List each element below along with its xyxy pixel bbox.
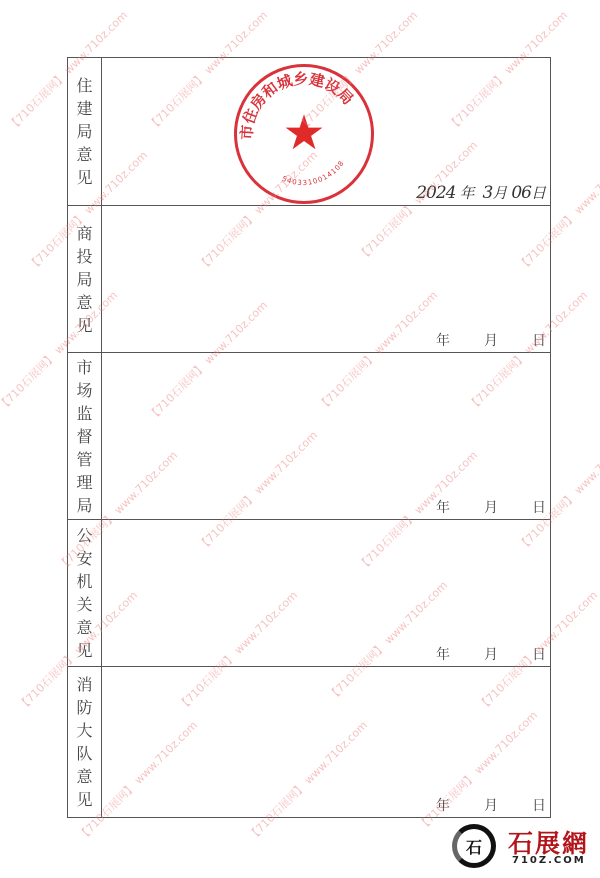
date-blank: 年 月 日 [436, 330, 546, 350]
label-char: 见 [76, 639, 92, 662]
year-label: 年 [436, 497, 450, 517]
opinion-cell: 年 月 日 [102, 520, 551, 667]
row-label: 市场监督管理局 [68, 353, 102, 520]
label-char: 意 [76, 765, 92, 788]
day-label: 日 [532, 497, 546, 517]
form-row-commerce-bureau: 商投局意见 年 月 日 [68, 206, 551, 353]
row-label: 消防大队意见 [68, 667, 102, 818]
date-month: 3 [483, 183, 493, 203]
label-char: 见 [76, 314, 92, 337]
form-row-market-supervision: 市场监督管理局 年 月 日 [68, 353, 551, 520]
opinion-cell: 市住房和城乡建设局 5403310014108 ★ 2024 年 3 月 06 … [102, 58, 551, 206]
label-char: 公 [76, 524, 92, 547]
day-label: 日 [532, 330, 546, 350]
label-char: 建 [76, 97, 92, 120]
site-logo[interactable]: 石 石展網 710Z.COM [452, 822, 592, 872]
day-suffix: 日 [531, 182, 546, 203]
label-text: 公安机关意见 [76, 524, 92, 662]
label-char: 住 [76, 74, 92, 97]
row-label: 公安机关意见 [68, 520, 102, 667]
label-char: 大 [76, 719, 92, 742]
month-label: 月 [484, 330, 498, 350]
day-label: 日 [532, 644, 546, 664]
date-day: 06 [511, 183, 531, 203]
label-char: 防 [76, 696, 92, 719]
month-label: 月 [484, 795, 498, 815]
form-row-fire-brigade: 消防大队意见 年 月 日 [68, 667, 551, 818]
month-label: 月 [484, 644, 498, 664]
star-icon: ★ [282, 109, 325, 157]
label-char: 管 [76, 448, 92, 471]
label-char: 安 [76, 547, 92, 570]
label-char: 局 [76, 494, 92, 517]
label-char: 理 [76, 471, 92, 494]
month-suffix: 月 [492, 182, 507, 203]
label-char: 机 [76, 570, 92, 593]
signed-date: 2024 年 3 月 06 日 [416, 182, 546, 203]
label-char: 关 [76, 593, 92, 616]
label-char: 意 [76, 291, 92, 314]
date-blank: 年 月 日 [436, 644, 546, 664]
label-char: 局 [76, 268, 92, 291]
approval-form-table: 住建局意见 市住房和城乡建设局 5403310014108 ★ [67, 57, 551, 818]
logo-url: 710Z.COM [512, 855, 586, 866]
label-text: 住建局意见 [76, 74, 92, 189]
svg-text:5403310014108: 5403310014108 [281, 159, 346, 187]
label-char: 消 [76, 673, 92, 696]
form-row-public-security: 公安机关意见 年 月 日 [68, 520, 551, 667]
label-text: 消防大队意见 [76, 673, 92, 811]
label-char: 见 [76, 788, 92, 811]
date-year: 2024 [416, 183, 455, 203]
opinion-cell: 年 月 日 [102, 206, 551, 353]
form-row-housing-bureau: 住建局意见 市住房和城乡建设局 5403310014108 ★ [68, 58, 551, 206]
label-text: 市场监督管理局 [76, 356, 92, 517]
label-char: 场 [76, 379, 92, 402]
label-char: 见 [76, 166, 92, 189]
label-char: 商 [76, 222, 92, 245]
official-seal: 市住房和城乡建设局 5403310014108 ★ [234, 64, 374, 204]
stone-seal-icon: 石 [452, 824, 496, 868]
label-char: 监 [76, 402, 92, 425]
year-label: 年 [436, 644, 450, 664]
seal-number: 5403310014108 [281, 159, 346, 187]
label-char: 意 [76, 143, 92, 166]
opinion-cell: 年 月 日 [102, 667, 551, 818]
year-label: 年 [436, 330, 450, 350]
date-blank: 年 月 日 [436, 497, 546, 517]
opinion-cell: 年 月 日 [102, 353, 551, 520]
day-label: 日 [532, 795, 546, 815]
row-label: 住建局意见 [68, 58, 102, 206]
label-char: 意 [76, 616, 92, 639]
year-label: 年 [436, 795, 450, 815]
label-char: 队 [76, 742, 92, 765]
label-char: 市 [76, 356, 92, 379]
label-char: 督 [76, 425, 92, 448]
month-label: 月 [484, 497, 498, 517]
label-text: 商投局意见 [76, 222, 92, 337]
date-blank: 年 月 日 [436, 795, 546, 815]
year-suffix: 年 [459, 182, 474, 203]
label-char: 投 [76, 245, 92, 268]
row-label: 商投局意见 [68, 206, 102, 353]
label-char: 局 [76, 120, 92, 143]
